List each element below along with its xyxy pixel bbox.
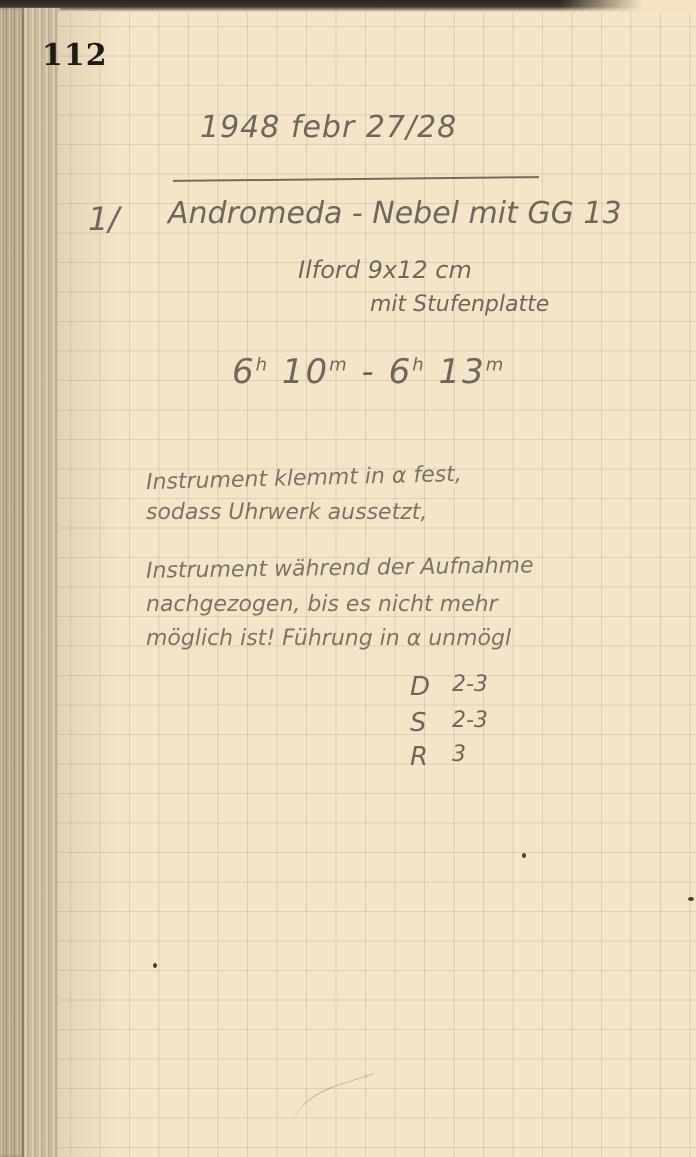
plate-note: mit Stufenplatte (370, 292, 549, 317)
exposure-end-minute: 13 (438, 352, 485, 392)
ink-spot (522, 853, 526, 858)
entry-title: Andromeda - Nebel mit GG 13 (168, 196, 622, 231)
gutter-shade (58, 12, 118, 1157)
exposure-separator: - (362, 352, 376, 392)
ink-spot (153, 963, 157, 968)
exposure-start-minute: 10 (282, 352, 329, 392)
exposure-start-hour: 6 (232, 352, 256, 392)
minute-unit: m (329, 355, 349, 376)
exposure-end-hour: 6 (389, 352, 413, 392)
top-edge-fade (560, 0, 696, 12)
entry-number: 1/ (88, 200, 119, 238)
entry-date: 1948 febr 27/28 (200, 110, 457, 145)
rating-code: S (410, 708, 427, 738)
rating-value: 3 (452, 742, 466, 767)
note-line: möglich ist! Führung in α unmögl (146, 626, 511, 651)
plate-type: Ilford 9x12 cm (298, 256, 472, 284)
page-number: 112 (42, 38, 108, 73)
grid-paper-page (58, 12, 696, 1157)
ink-spot (688, 897, 694, 901)
note-line: nachgezogen, bis es nicht mehr (146, 592, 498, 617)
hour-unit: h (256, 355, 269, 376)
rating-value: 2-3 (452, 672, 488, 697)
hour-unit: h (412, 355, 425, 376)
rating-value: 2-3 (452, 708, 488, 733)
page-stack-inner (22, 8, 60, 1157)
exposure-time: 6h 10m - 6h 13m (232, 352, 505, 392)
rating-code: R (410, 742, 428, 772)
minute-unit: m (486, 355, 506, 376)
rating-code: D (410, 672, 430, 702)
note-line: sodass Uhrwerk aussetzt, (146, 500, 427, 525)
